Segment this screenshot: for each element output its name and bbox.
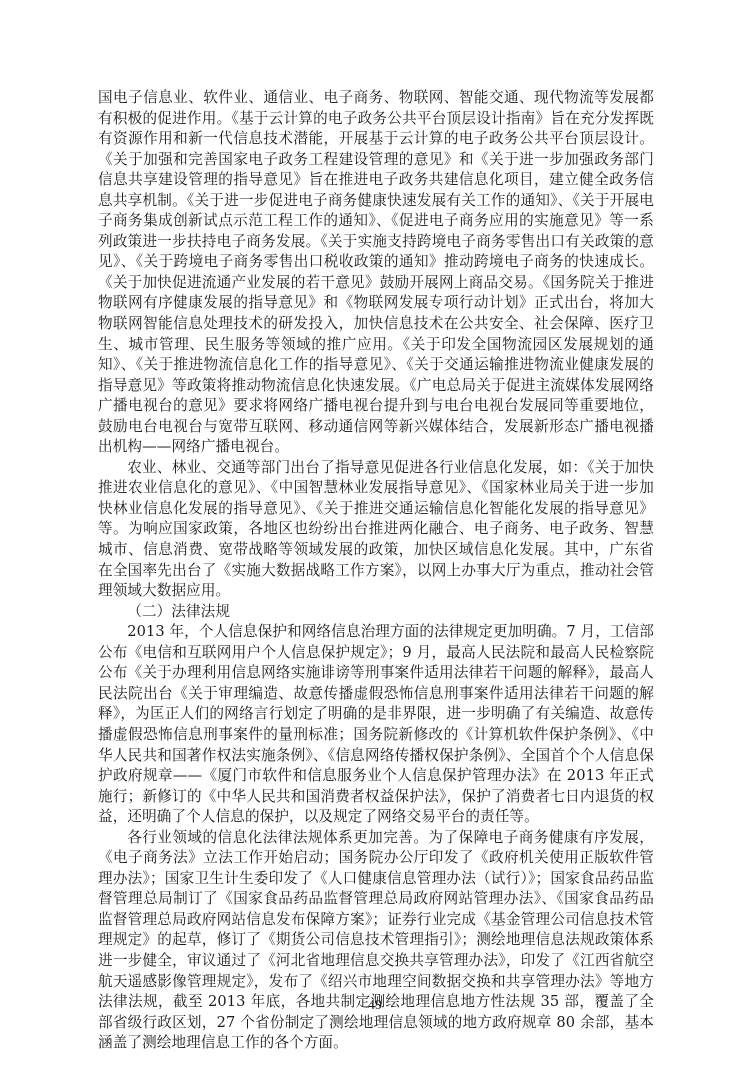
paragraph-sector-guidance: 农业、林业、交通等部门出台了指导意见促进各行业信息化发展，如：《关于加快推进农业… xyxy=(98,458,654,602)
paragraph-policy-continuation: 国电子信息业、软件业、通信业、电子商务、物联网、智能交通、现代物流等发展都有积极… xyxy=(98,88,654,458)
section-heading-laws: （二）法律法规 xyxy=(98,602,654,623)
page-number: 49 xyxy=(0,998,750,1014)
document-body: 国电子信息业、软件业、通信业、电子商务、物联网、智能交通、现代物流等发展都有积极… xyxy=(98,88,654,1054)
paragraph-personal-info-law: 2013 年，个人信息保护和网络信息治理方面的法律规定更加明确。7 月，工信部公… xyxy=(98,622,654,827)
paragraph-industry-regulations: 各行业领域的信息化法律法规体系更加完善。为了保障电子商务健康有序发展，《电子商务… xyxy=(98,828,654,1054)
